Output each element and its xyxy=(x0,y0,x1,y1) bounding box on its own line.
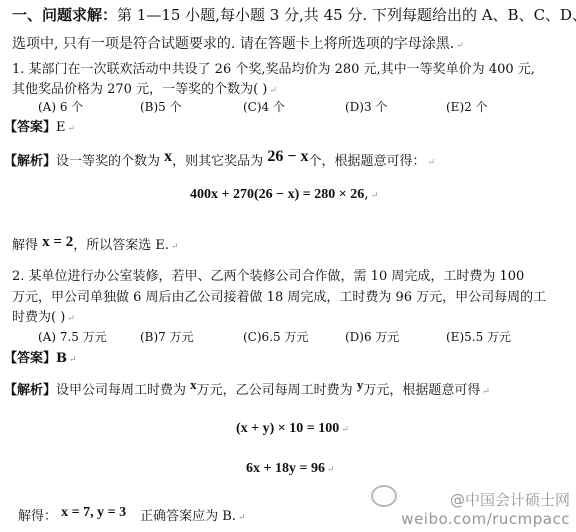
section-heading: 一、问题求解： xyxy=(12,6,117,24)
q2-analysis-text-1: 设甲公司每周工时费为 xyxy=(56,383,186,398)
q1-stem-1: 1. 某部门在一次联欢活动中共设了 26 个奖,奖品均价为 280 元,其中一等… xyxy=(12,58,535,77)
q2-solve-suffix: 正确答案应为 B. xyxy=(140,509,236,524)
q1-stem-text-2: 其他奖品价格为 270 元，一等奖的个数为( ) xyxy=(12,82,267,97)
q1-option-e: (E)2 个 xyxy=(446,98,488,115)
q2-option-e: (E)5.5 万元 xyxy=(446,328,511,345)
q2-answer: 【答案】B↵ xyxy=(4,347,77,366)
q2-option-b: (B)7 万元 xyxy=(140,328,194,345)
q1-answer: 【答案】E↵ xyxy=(4,116,75,135)
q1-option-b: (B)5 个 xyxy=(140,98,182,115)
q2-answer-label: 【答案】 xyxy=(4,351,56,366)
q1-solve-value: x = 2 xyxy=(42,234,73,250)
section-header: 一、问题求解：第 1—15 小题,每小题 3 分,共 45 分. 下列每题给出的… xyxy=(12,4,576,25)
q1-equation-suffix: , xyxy=(364,186,368,202)
q2-stem-1: 2. 某单位进行办公室装修，若甲、乙两个装修公司合作做，需 10 周完成，工时费… xyxy=(12,265,524,284)
section-instructions-2: 选项中, 只有一项是符合试题要求的. 请在答题卡上将所选项的字母涂黑. xyxy=(12,36,454,52)
q1-option-c: (C)4 个 xyxy=(243,98,285,115)
q2-equation-1-text: (x + y) × 10 = 100 xyxy=(236,421,339,436)
q2-stem-2: 万元，甲公司单独做 6 周后由乙公司接着做 18 周完成，工时费为 96 万元，… xyxy=(12,286,546,305)
q1-answer-value: E xyxy=(56,120,66,135)
q1-option-d: (D)3 个 xyxy=(345,98,387,115)
q2-stem-text-1: 2. 某单位进行办公室装修，若甲、乙两个装修公司合作做，需 10 周完成，工时费… xyxy=(12,269,524,284)
q1-equation-text: 400x + 270(26 − x) = 280 × 26 xyxy=(190,187,364,202)
q2-option-d: (D)6 万元 xyxy=(345,328,399,345)
paragraph-mark-icon: ↵ xyxy=(69,355,77,365)
q1-analysis-var-1: x xyxy=(164,148,172,165)
q2-equation-1: (x + y) × 10 = 100↵ xyxy=(236,420,349,437)
paragraph-mark-icon: ↵ xyxy=(68,124,76,134)
watermark-url: weibo.com/rucmpacc xyxy=(401,510,570,528)
q1-stem-2: 其他奖品价格为 270 元，一等奖的个数为( )↵ xyxy=(12,78,277,97)
paragraph-mark-icon: ↵ xyxy=(327,465,335,475)
q1-analysis: 【解析】设一等奖的个数为 x，则其它奖品为 26 − x个，根据题意可得：↵ xyxy=(4,148,435,169)
paragraph-mark-icon: ↵ xyxy=(238,513,246,523)
paragraph-mark-icon: ↵ xyxy=(427,158,435,168)
q2-analysis-text-3: 万元，根据题意可得 xyxy=(363,383,480,398)
q2-stem-text-2: 万元，甲公司单独做 6 周后由乙公司接着做 18 周完成，工时费为 96 万元，… xyxy=(12,290,546,305)
q2-analysis-text-2: 万元，乙公司每周工时费为 xyxy=(197,383,353,398)
q2-solve-prefix: 解得： xyxy=(18,509,57,524)
q2-equation-2-text: 6x + 18y = 96 xyxy=(246,461,325,476)
weibo-watermark: @中国会计硕士网 weibo.com/rucmpacc xyxy=(401,489,570,528)
q1-stem-text-1: 1. 某部门在一次联欢活动中共设了 26 个奖,奖品均价为 280 元,其中一等… xyxy=(12,62,535,77)
q1-option-a: (A) 6 个 xyxy=(38,98,83,115)
paragraph-mark-icon: ↵ xyxy=(269,86,277,96)
q2-option-c: (C)6.5 万元 xyxy=(243,328,308,345)
paragraph-mark-icon: ↵ xyxy=(482,387,490,397)
q1-solution: 解得 x = 2，所以答案选 E.↵ xyxy=(12,234,179,253)
q1-solve-prefix: 解得 xyxy=(12,238,38,253)
paragraph-mark-icon: ↵ xyxy=(171,242,179,252)
q2-solve-value: x = 7, y = 3 xyxy=(61,505,126,520)
paragraph-mark-icon: ↵ xyxy=(456,41,464,51)
q1-analysis-text-3: 个，根据题意可得： xyxy=(308,154,425,169)
q2-solution: 解得： x = 7, y = 3正确答案应为 B.↵ xyxy=(18,505,246,524)
q1-answer-label: 【答案】 xyxy=(4,120,56,135)
q1-solve-suffix: ，所以答案选 E. xyxy=(73,238,169,253)
paragraph-mark-icon: ↵ xyxy=(341,425,349,435)
q2-analysis: 【解析】设甲公司每周工时费为 x万元，乙公司每周工时费为 y万元，根据题意可得↵ xyxy=(4,377,490,398)
q1-analysis-text-2: ，则其它奖品为 xyxy=(172,154,263,169)
q2-equation-2: 6x + 18y = 96↵ xyxy=(246,460,335,477)
weibo-logo-icon xyxy=(371,485,397,507)
q1-analysis-var-2: 26 − x xyxy=(267,148,308,165)
q2-stem-text-3: 时费为( ) xyxy=(12,310,65,325)
section-instructions-1: 第 1—15 小题,每小题 3 分,共 45 分. 下列每题给出的 A、B、C、… xyxy=(117,6,576,24)
section-instructions: 选项中, 只有一项是符合试题要求的. 请在答题卡上将所选项的字母涂黑.↵ xyxy=(12,33,464,53)
q2-answer-value: B xyxy=(56,351,67,366)
q2-stem-3: 时费为( )↵ xyxy=(12,306,75,325)
q1-analysis-text-1: 设一等奖的个数为 xyxy=(56,154,160,169)
watermark-handle: @中国会计硕士网 xyxy=(401,489,570,510)
q2-analysis-label: 【解析】 xyxy=(4,383,56,398)
q1-analysis-label: 【解析】 xyxy=(4,154,56,169)
q1-equation: 400x + 270(26 − x) = 280 × 26,↵ xyxy=(190,186,378,203)
q2-option-a: (A) 7.5 万元 xyxy=(38,328,107,345)
paragraph-mark-icon: ↵ xyxy=(371,191,379,201)
paragraph-mark-icon: ↵ xyxy=(67,314,75,324)
